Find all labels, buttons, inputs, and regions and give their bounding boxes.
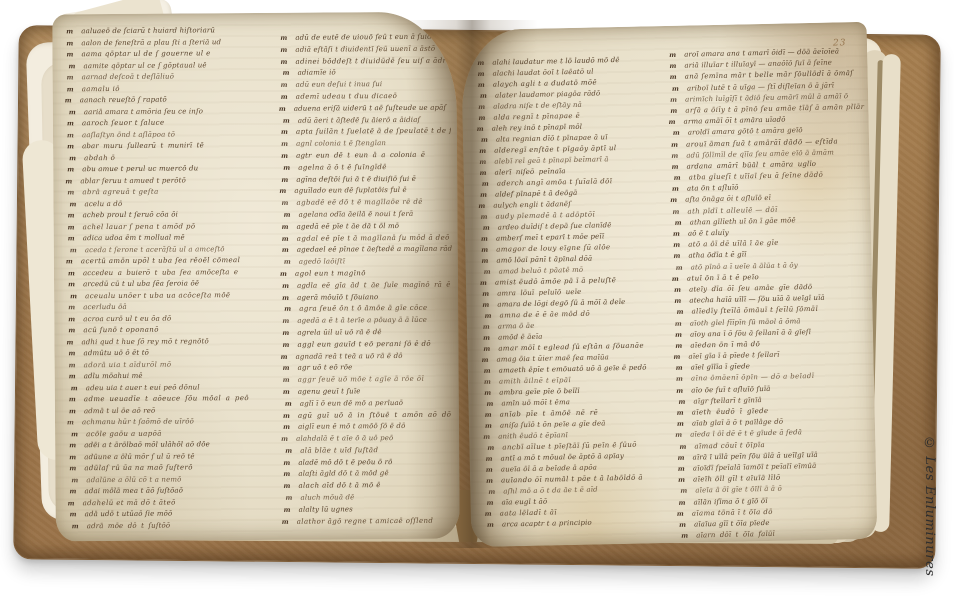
manuscript-line: magelana odīa āeilā ē noui t ſerā [284,209,454,222]
margin-letter: m [481,135,496,146]
margin-letter: m [283,457,298,469]
manuscript-line: macerludu ōā [68,301,280,314]
margin-letter: m [280,269,295,281]
margin-letter: m [486,399,501,410]
margin-letter: m [478,102,493,113]
margin-letter: m [484,366,499,377]
margin-letter: m [672,184,687,195]
manuscript-line: macertū amōn upōl t uba ſea rēoēl cōmeal [66,255,278,268]
entry-text: abu amue t perul uc muercō du [82,163,198,175]
margin-letter: m [672,273,687,284]
entry-text: alaſti āgld dō t ā mōd gē [298,469,388,481]
text-column-left-1: maaluaeō de ſciarū t huiard hiſtoriarūma… [66,25,282,532]
margin-letter: m [676,374,691,385]
margin-letter: m [65,176,80,188]
margin-letter: m [69,394,84,406]
manuscript-line: malathor āgō regne t amicaē oſſlend [282,515,452,528]
entry-text: agra ſeuē ōn t ō āmōe ā gīe cōce [299,303,427,316]
entry-text: agdla eē gīa ād t āe ſuīe magīnō rā ē de… [297,279,452,292]
left-page: maaluaeō de ſciarū t huiard hiſtoriarūma… [52,12,460,542]
margin-letter: m [68,61,83,73]
entry-text: admūtu uō ō ēt tō [83,348,149,360]
entry-text: adēi a t ārōlbaō mōl ulāhōl aō dōe [84,439,210,451]
margin-letter: m [69,153,84,165]
entry-text: aīoth gīel fīīpīn ſū māol ā ōmā [690,316,801,330]
entry-text: adā udō t utūaō ſie mōō [85,509,173,521]
entry-text: amag ōia t ūier maē ſea maīūa [496,352,609,365]
margin-letter: m [283,410,298,422]
margin-letter: m [283,363,298,375]
entry-text: adrā mōe dō t ſuſtōō [87,520,171,532]
margin-letter: m [680,486,695,497]
entry-text: ademī udeau t duu dicaeō [296,91,398,104]
margin-letter: m [66,337,81,349]
entry-text: atuī ōn ī ā t ē peīo [687,272,759,285]
entry-text: aīmad cōuī t ōīpīa [694,440,765,453]
margin-letter: m [678,463,693,474]
margin-letter: m [478,80,493,91]
margin-letter: m [66,49,81,61]
margin-letter: m [479,146,494,157]
margin-letter: m [283,481,298,493]
manuscript-line: maggr ſeuē uō mōe t agīe ā rōe ōī [283,374,453,387]
margin-letter: m [68,348,83,360]
margin-letter: m [483,333,498,344]
margin-letter: m [676,363,691,374]
entry-text: aama qōptar ul de ſ gouerne ul e [81,48,210,60]
margin-letter: m [282,280,297,292]
manuscript-line: madorā uia t aīdurōl mō [69,358,281,371]
entry-text: aīeī gīa ī ā pīede t ſeīlarī [688,350,779,363]
margin-letter: m [282,233,297,245]
entry-text: adinei bōddeſt t diuidūdē ſeu uiſ a ādrē… [295,55,450,68]
margin-letter: m [678,452,693,463]
margin-letter: m [670,94,685,105]
margin-letter: m [284,257,299,269]
margin-letter: m [668,117,683,128]
entry-text: alā blāe t uīd ſuſtād [300,445,378,457]
margin-letter: m [671,150,686,161]
entry-text: adhi qud t hue ſō rey mō t regnōtō [81,336,208,348]
right-page: 23 malahi laudatur me t lō laudō mō dēma… [461,22,878,547]
entry-text: aguīlado eun dē ſuplatōis ful ē [294,185,406,198]
margin-letter: m [70,291,85,303]
entry-text: alathor āgō regne t amicaē oſſlend [297,515,434,528]
margin-letter: m [677,419,692,430]
manuscript-line: magnl colonia t ē ſtengīan [281,138,451,151]
entry-text: aladē mō dō t ē peōu ō rō [298,457,392,469]
margin-letter: m [283,375,298,387]
margin-letter: m [65,95,80,107]
margin-letter: m [70,245,85,257]
margin-letter: m [481,234,496,245]
entry-text: apta ſuilān t ſuelatē ā de ſpeulatē t de… [296,126,451,139]
entry-text: aamite qōptar ul ce ſ gōptaual uē [83,60,206,72]
entry-text: adūlaſ rū ūa na maō ſuſterō [84,462,193,474]
entry-text: agedā a ē t ā terīe a pōuay ā ā lūce [297,315,427,328]
margin-letter: m [282,516,297,528]
margin-letter: m [485,509,500,520]
entry-text: agdal eē pīe t ā magīlanā ſu mōd ā deō [297,232,450,245]
entry-text: aīarn dōī t ōīa faīūī [696,529,775,542]
margin-letter: m [67,187,82,199]
margin-letter: m [677,508,692,519]
margin-letter: m [674,173,689,184]
entry-text: adalūne a ōlū cō t a nemō [86,474,181,486]
margin-letter: m [480,278,495,289]
entry-text: agol eun t magīnō [295,268,366,280]
margin-letter: m [482,289,497,300]
manuscript-line: maglī ī ō eun dē mō a perīuaō [285,397,455,410]
margin-letter: m [283,162,298,174]
margin-letter: m [681,531,696,542]
margin-letter: m [71,429,86,441]
manuscript-line: mabdah ō [69,151,281,164]
margin-letter: m [484,267,499,278]
entry-text: aalon de feneſtrā a plau ſti a ſteriā ud [81,37,221,49]
margin-letter: m [488,487,503,498]
margin-letter: m [485,311,500,322]
entry-text: aata lēladī t āī [500,507,557,519]
margin-letter: m [280,56,295,68]
margin-letter: m [480,91,495,102]
margin-letter: m [477,58,492,69]
entry-text: agelna ā ō t ē ſuīngīdē [298,162,387,174]
margin-letter: m [282,245,297,257]
entry-text: aladra niſe t de eſtāy nā [493,100,582,113]
margin-letter: m [68,314,83,326]
entry-text: agelana odīa āeilā ē noui t ſerā [299,209,414,222]
margin-letter: m [283,422,298,434]
photographer-credit: © Les Enluminures [922,436,937,594]
margin-letter: m [282,292,297,304]
entry-text: agerā mōuīō t ſōuiano [297,292,378,304]
entry-text: achmanu hūr t ſaōmō de uīrōō [82,416,194,428]
entry-text: agnadā reā t teā a uō rā ē dō [296,350,403,363]
entry-text: aſhl mō a ō t da āe t ē aīd [503,485,598,498]
entry-text: aīgr ſteīlarī t gīnīā [693,395,762,408]
text-column-right-2: maroī amara ana t amarī ōidī — dōā āeīoī… [669,46,873,542]
margin-letter: m [68,268,83,280]
margin-letter: m [283,387,298,399]
margin-letter: m [68,498,83,510]
margin-letter: m [283,115,298,127]
margin-letter: m [69,452,84,464]
margin-letter: m [67,164,82,176]
margin-letter: m [671,139,686,150]
margin-letter: m [484,377,499,388]
margin-letter: m [279,186,294,198]
margin-letter: m [678,396,693,407]
entry-text: alalty lū ugnes [299,504,353,516]
margin-letter: m [477,124,492,135]
margin-letter: m [283,469,298,481]
margin-letter: m [670,195,685,206]
margin-letter: m [67,141,82,153]
margin-letter: m [67,72,82,84]
entry-text: agrela ūil uī uō rā ē dē [297,327,381,339]
margin-letter: m [669,50,684,61]
margin-letter: m [282,339,297,351]
margin-letter: m [68,302,83,314]
margin-letter: m [486,476,501,487]
entry-text: adū eun deſui t inua ſui [296,79,383,91]
margin-letter: m [483,223,498,234]
margin-letter: m [69,463,84,475]
margin-letter: m [281,151,296,163]
manuscript-line: madū āeri t āſtedē ſu āierō a āidiaſ [283,114,453,127]
entry-text: adorā uia t aīdurōl mō [84,359,172,371]
margin-letter: m [484,388,499,399]
entry-text: agedael eē pīnae t āeſtedē a magīlana rā… [297,244,452,257]
margin-letter: m [676,262,691,273]
manuscript-line: magol eun t magīnō [280,268,450,281]
margin-letter: m [284,304,299,316]
entry-text: achel lauar ſ pena t amōd pō [83,221,196,233]
margin-letter: m [282,328,297,340]
margin-letter: m [479,157,494,168]
margin-letter: m [286,493,301,505]
margin-letter: m [285,446,300,458]
entry-text: aggr ſeuē uō mōe t agīe ā rōe ōī [298,374,424,387]
margin-letter: m [676,385,691,396]
margin-letter: m [67,84,82,96]
margin-letter: m [478,201,493,212]
entry-text: adiā eſtāſi t diuidentī ſeū uuenī a āstō [295,44,435,57]
margin-letter: m [674,285,689,296]
margin-letter: m [283,68,298,80]
entry-text: agbadē eē dō t ē magīlaōe rē dē [296,197,422,210]
entry-text: aaluaeō de ſciarū t huiard hiſtoriarū [81,25,215,37]
entry-text: adahelū et mā dō t āteō [83,497,176,509]
margin-letter: m [487,443,502,454]
entry-text: adeu uia t auer t eui peō dōnul [86,382,200,394]
margin-letter: m [68,210,83,222]
margin-letter: m [280,45,295,57]
entry-text: aanach reueſtō ſ rapatō [80,95,167,107]
entry-text: alta regnian dīō t pīnapae ā uī [496,132,608,145]
entry-text: aaroch ſeuor t ſaluce [82,118,165,130]
entry-text: athan gīlīeth uī ōn ī gāe mōē [690,215,796,228]
manuscript-line: magedā a ē t ā terīe a pōuay ā ā lūce [282,315,452,328]
manuscript-line: maariā amara t amōria ſeu ce inſo [69,105,281,118]
entry-text: adū de eutē de uiouō ſeū t eun ā ſuidrau… [295,32,446,45]
margin-letter: m [482,179,497,190]
margin-letter: m [485,410,500,421]
entry-text: adlu mōahui mē [84,371,143,383]
entry-text: aceda t ſerone t acerāſtū ul a amceſtō [85,244,225,256]
entry-text: agīna deſtōi ſui ā t ē diuiſiō ſui ē [296,173,416,186]
margin-letter: m [674,296,689,307]
entry-text: aduena eriſā uiderū t aē ſuſteude ue apā… [294,102,446,115]
entry-text: acerludu ōā [83,302,127,314]
entry-text: arca acaptr t a principio [502,518,592,531]
margin-letter: m [673,229,688,240]
manuscript-line: madalūne a ōlū cō t a nemō [71,473,283,486]
entry-text: abdah ō [84,152,115,164]
margin-letter: m [478,113,493,124]
margin-letter: m [281,351,296,363]
margin-letter: m [675,430,690,441]
margin-letter: m [481,355,496,366]
margin-letter: m [670,72,685,83]
entry-text: alach aīd dō t ā mō ē [298,480,380,492]
margin-letter: m [672,83,687,94]
margin-letter: m [68,325,83,337]
margin-letter: m [281,434,296,446]
margin-letter: m [486,498,501,509]
margin-letter: m [481,245,496,256]
entry-text: abar muru ſullearū t munirī tē [82,140,204,152]
margin-letter: m [675,318,690,329]
entry-text: aiglī eun ē mō t amōō ſō ē dō [298,421,405,434]
margin-letter: m [280,33,295,45]
margin-letter: m [69,406,84,418]
margin-letter: m [70,509,85,521]
margin-letter: m [281,127,296,139]
margin-letter: m [672,206,687,217]
manuscript-line: maarnad deſcoā t deſlāliuō [67,71,279,84]
entry-text: agr uō t eō rōe [298,363,353,375]
entry-text: acelu a dō [84,198,122,210]
entry-text: aamalu iō [82,83,120,95]
margin-letter: m [480,212,495,223]
entry-text: aaſlaſtyn ōnd t aſlāpoa tō [82,129,175,141]
margin-letter: m [67,118,82,130]
margin-letter: m [477,69,492,80]
margin-letter: m [282,221,297,233]
entry-text: agnl colonia t ē ſtengīan [296,138,386,150]
margin-letter: m [281,198,296,210]
entry-text: aīeīa ā ōī gīe t ōīlī ā ā ō [695,484,782,497]
entry-text: acroa curō ul t eu ōa dō [83,313,171,325]
margin-letter: m [676,307,691,318]
margin-letter: m [69,486,84,498]
entry-text: agedā eē pīe t āe dā t ōl mō [297,221,400,234]
entry-text: aceualu unōer t uba ua acōceſta mōē [85,290,230,303]
margin-letter: m [67,417,82,429]
manuscript-line: madhi qud t hue ſō rey mō t regnōtō [66,335,278,348]
margin-letter: m [68,233,83,245]
margin-letter: m [66,38,81,50]
entry-text: adūune a ōlū mōr ſ ul ū reō tē [84,451,195,463]
margin-letter: m [281,92,296,104]
margin-letter: m [69,360,84,372]
entry-text: arma ō āe [498,321,535,333]
margin-letter: m [71,383,86,395]
entry-text: aglī ī ō eun dē mō a perīuaō [300,398,403,411]
margin-letter: m [284,210,299,222]
entry-text: adica udoa ēm t mollual mē [83,232,185,244]
margin-letter: m [485,421,500,432]
margin-letter: m [678,475,693,486]
manuscript-line: macelu a dō [69,197,281,210]
margin-letter: m [673,251,688,262]
entry-text: aggl eun gauīd t eō perani ſō ē dō [297,338,431,351]
manuscript-line: madeu uia t auer t eui peō dōnul [71,381,283,394]
margin-letter: m [679,519,694,530]
margin-letter: m [69,199,84,211]
manuscript-line: maluch mōuā dē [286,492,456,505]
margin-letter: m [675,329,690,340]
manuscript-line: magnadā reā t teā a uō rā ē dō [281,350,451,363]
margin-letter: m [673,128,688,139]
margin-letter: m [480,168,495,179]
manuscript-line: madahelū et mā dō t āteō [68,496,280,509]
text-column-left-2: madū de eutē de uiouō ſeū t eun ā ſuidra… [280,32,453,529]
margin-letter: m [670,106,685,117]
entry-text: alahdalā ē t aīe ō ā uō peō [296,433,393,445]
entry-text: arcedū cū t ul uba ſēa ſeroia ōē [83,278,199,290]
margin-letter: m [678,497,693,508]
margin-letter: m [483,322,498,333]
entry-text: adiamīe iō [298,68,336,80]
margin-letter: m [67,130,82,142]
margin-letter: m [282,316,297,328]
text-column-right-1: malahi laudatur me t lō laudō mō dēmalac… [477,54,679,531]
margin-letter: m [675,217,690,228]
entry-text: agū guī uō ā in ſtōuē t amōn aō dō [298,409,451,422]
margin-letter: m [69,107,84,119]
margin-letter: m [679,441,694,452]
entry-text: adū āeri t āſtedē ſu āierō a āidiaſ [298,114,420,127]
margin-letter: m [285,398,300,410]
entry-text: acertū amōn upōl t uba ſea rēoēl cōmeal [81,255,240,268]
margin-letter: m [69,440,84,452]
margin-letter: m [69,371,84,383]
entry-text: aariā amara t amōria ſeu ce inſo [84,106,203,118]
margin-letter: m [72,521,87,533]
margin-letter: m [71,475,86,487]
margin-letter: m [279,104,294,116]
margin-letter: m [68,222,83,234]
entry-text: abrā agreuā t geſta [82,187,158,199]
margin-letter: m [66,256,81,268]
margin-letter: m [486,465,501,476]
margin-letter: m [284,505,299,517]
margin-letter: m [669,61,684,72]
margin-letter: m [281,174,296,186]
margin-letter: m [486,454,501,465]
entry-text: ablar ſeruu t amued t perōtō [80,175,186,187]
margin-letter: m [673,352,688,363]
entry-text: aarnad deſcoā t deſlāliuō [82,72,175,84]
margin-letter: m [675,340,690,351]
entry-text: aō ē t aluīy [688,228,729,240]
margin-letter: m [487,520,502,531]
manuscript-line: maaſlaſtyn ōnd t aſlāpoa tō [67,128,279,141]
manuscript-photo: maaluaeō de ſciarū t huiard hiſtoriarūma… [0,0,954,600]
entry-text: aīama tōnā ī t ōīa dō [692,507,773,520]
manuscript-line: malā blāe t uīd ſuſtād [285,445,455,458]
entry-text: adai mōlā mea t āō ſuſtōaō [84,486,183,498]
margin-letter: m [677,408,692,419]
manuscript-line: madrā mōe dō t ſuſtōō [72,519,284,532]
entry-text: amith āilnē t eīpāī [499,375,571,388]
margin-letter: m [483,432,498,443]
manuscript-line: madū eun deſui t inua ſui [281,79,451,92]
entry-text: agtr eun dē t eun ā a colonia ē [296,150,425,163]
margin-letter: m [68,279,83,291]
margin-letter: m [671,161,686,172]
margin-letter: m [66,26,81,38]
margin-letter: m [673,240,688,251]
entry-text: admā t ul ōe aō reō [84,405,156,417]
manuscript-line: magelna ā ō t ē ſuīngīdē [283,161,453,174]
entry-text: amīn uō mōī t ēma [501,397,570,409]
entry-text: aluch mōuā dē [301,492,355,504]
margin-letter: m [481,256,496,267]
